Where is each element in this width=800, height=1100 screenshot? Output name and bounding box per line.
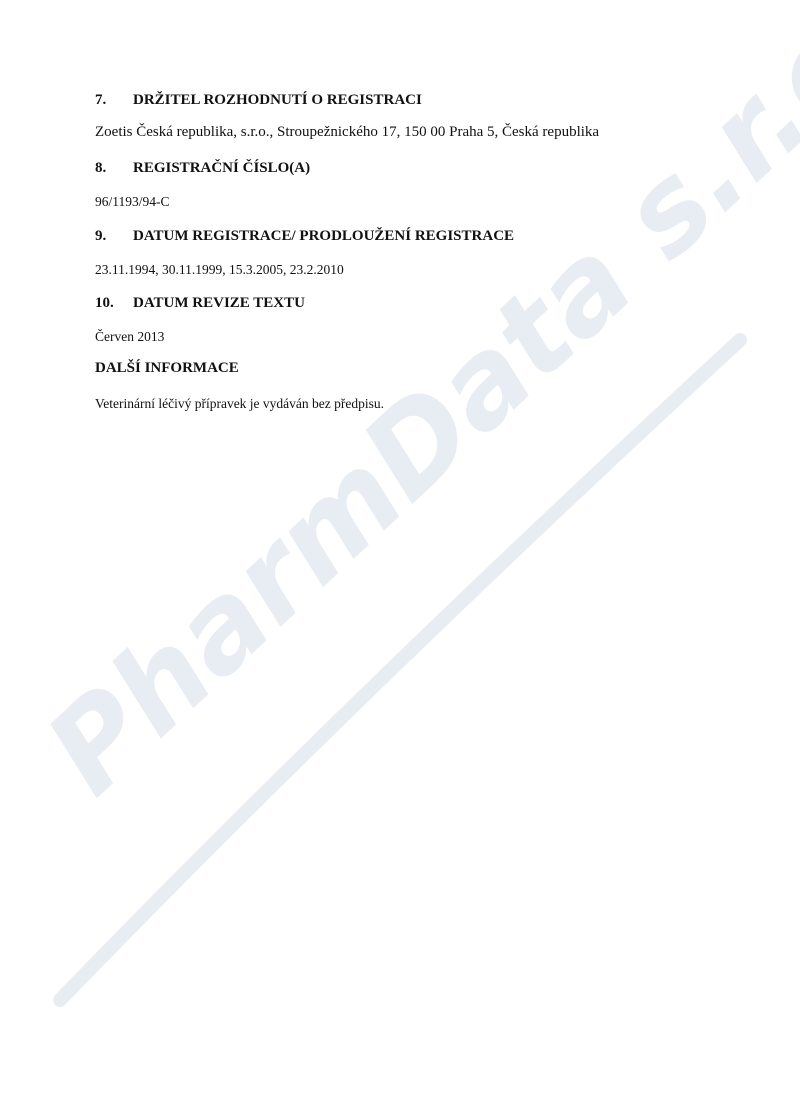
section-8-heading: 8.REGISTRAČNÍ ČÍSLO(A)	[95, 160, 310, 177]
section-9-heading: 9.DATUM REGISTRACE/ PRODLOUŽENÍ REGISTRA…	[95, 228, 514, 245]
section-number: 10.	[95, 295, 133, 312]
section-number: 7.	[95, 92, 133, 109]
section-10-heading: 10.DATUM REVIZE TEXTU	[95, 295, 305, 312]
section-7-body: Zoetis Česká republika, s.r.o., Stroupež…	[95, 124, 599, 141]
section-7-heading: 7.DRŽITEL ROZHODNUTÍ O REGISTRACI	[95, 92, 422, 109]
document-page: 7.DRŽITEL ROZHODNUTÍ O REGISTRACI Zoetis…	[0, 0, 800, 1100]
section-title: DATUM REGISTRACE/ PRODLOUŽENÍ REGISTRACE	[133, 228, 514, 244]
section-10-body: Červen 2013	[95, 329, 164, 345]
section-8-body: 96/1193/94-C	[95, 194, 170, 210]
section-number: 8.	[95, 160, 133, 177]
section-number: 9.	[95, 228, 133, 245]
section-9-body: 23.11.1994, 30.11.1999, 15.3.2005, 23.2.…	[95, 262, 344, 278]
section-title: DRŽITEL ROZHODNUTÍ O REGISTRACI	[133, 92, 422, 108]
extra-info-heading: DALŠÍ INFORMACE	[95, 360, 239, 377]
section-title: REGISTRAČNÍ ČÍSLO(A)	[133, 160, 310, 176]
section-title: DATUM REVIZE TEXTU	[133, 295, 305, 311]
extra-info-body: Veterinární léčivý přípravek je vydáván …	[95, 396, 384, 412]
